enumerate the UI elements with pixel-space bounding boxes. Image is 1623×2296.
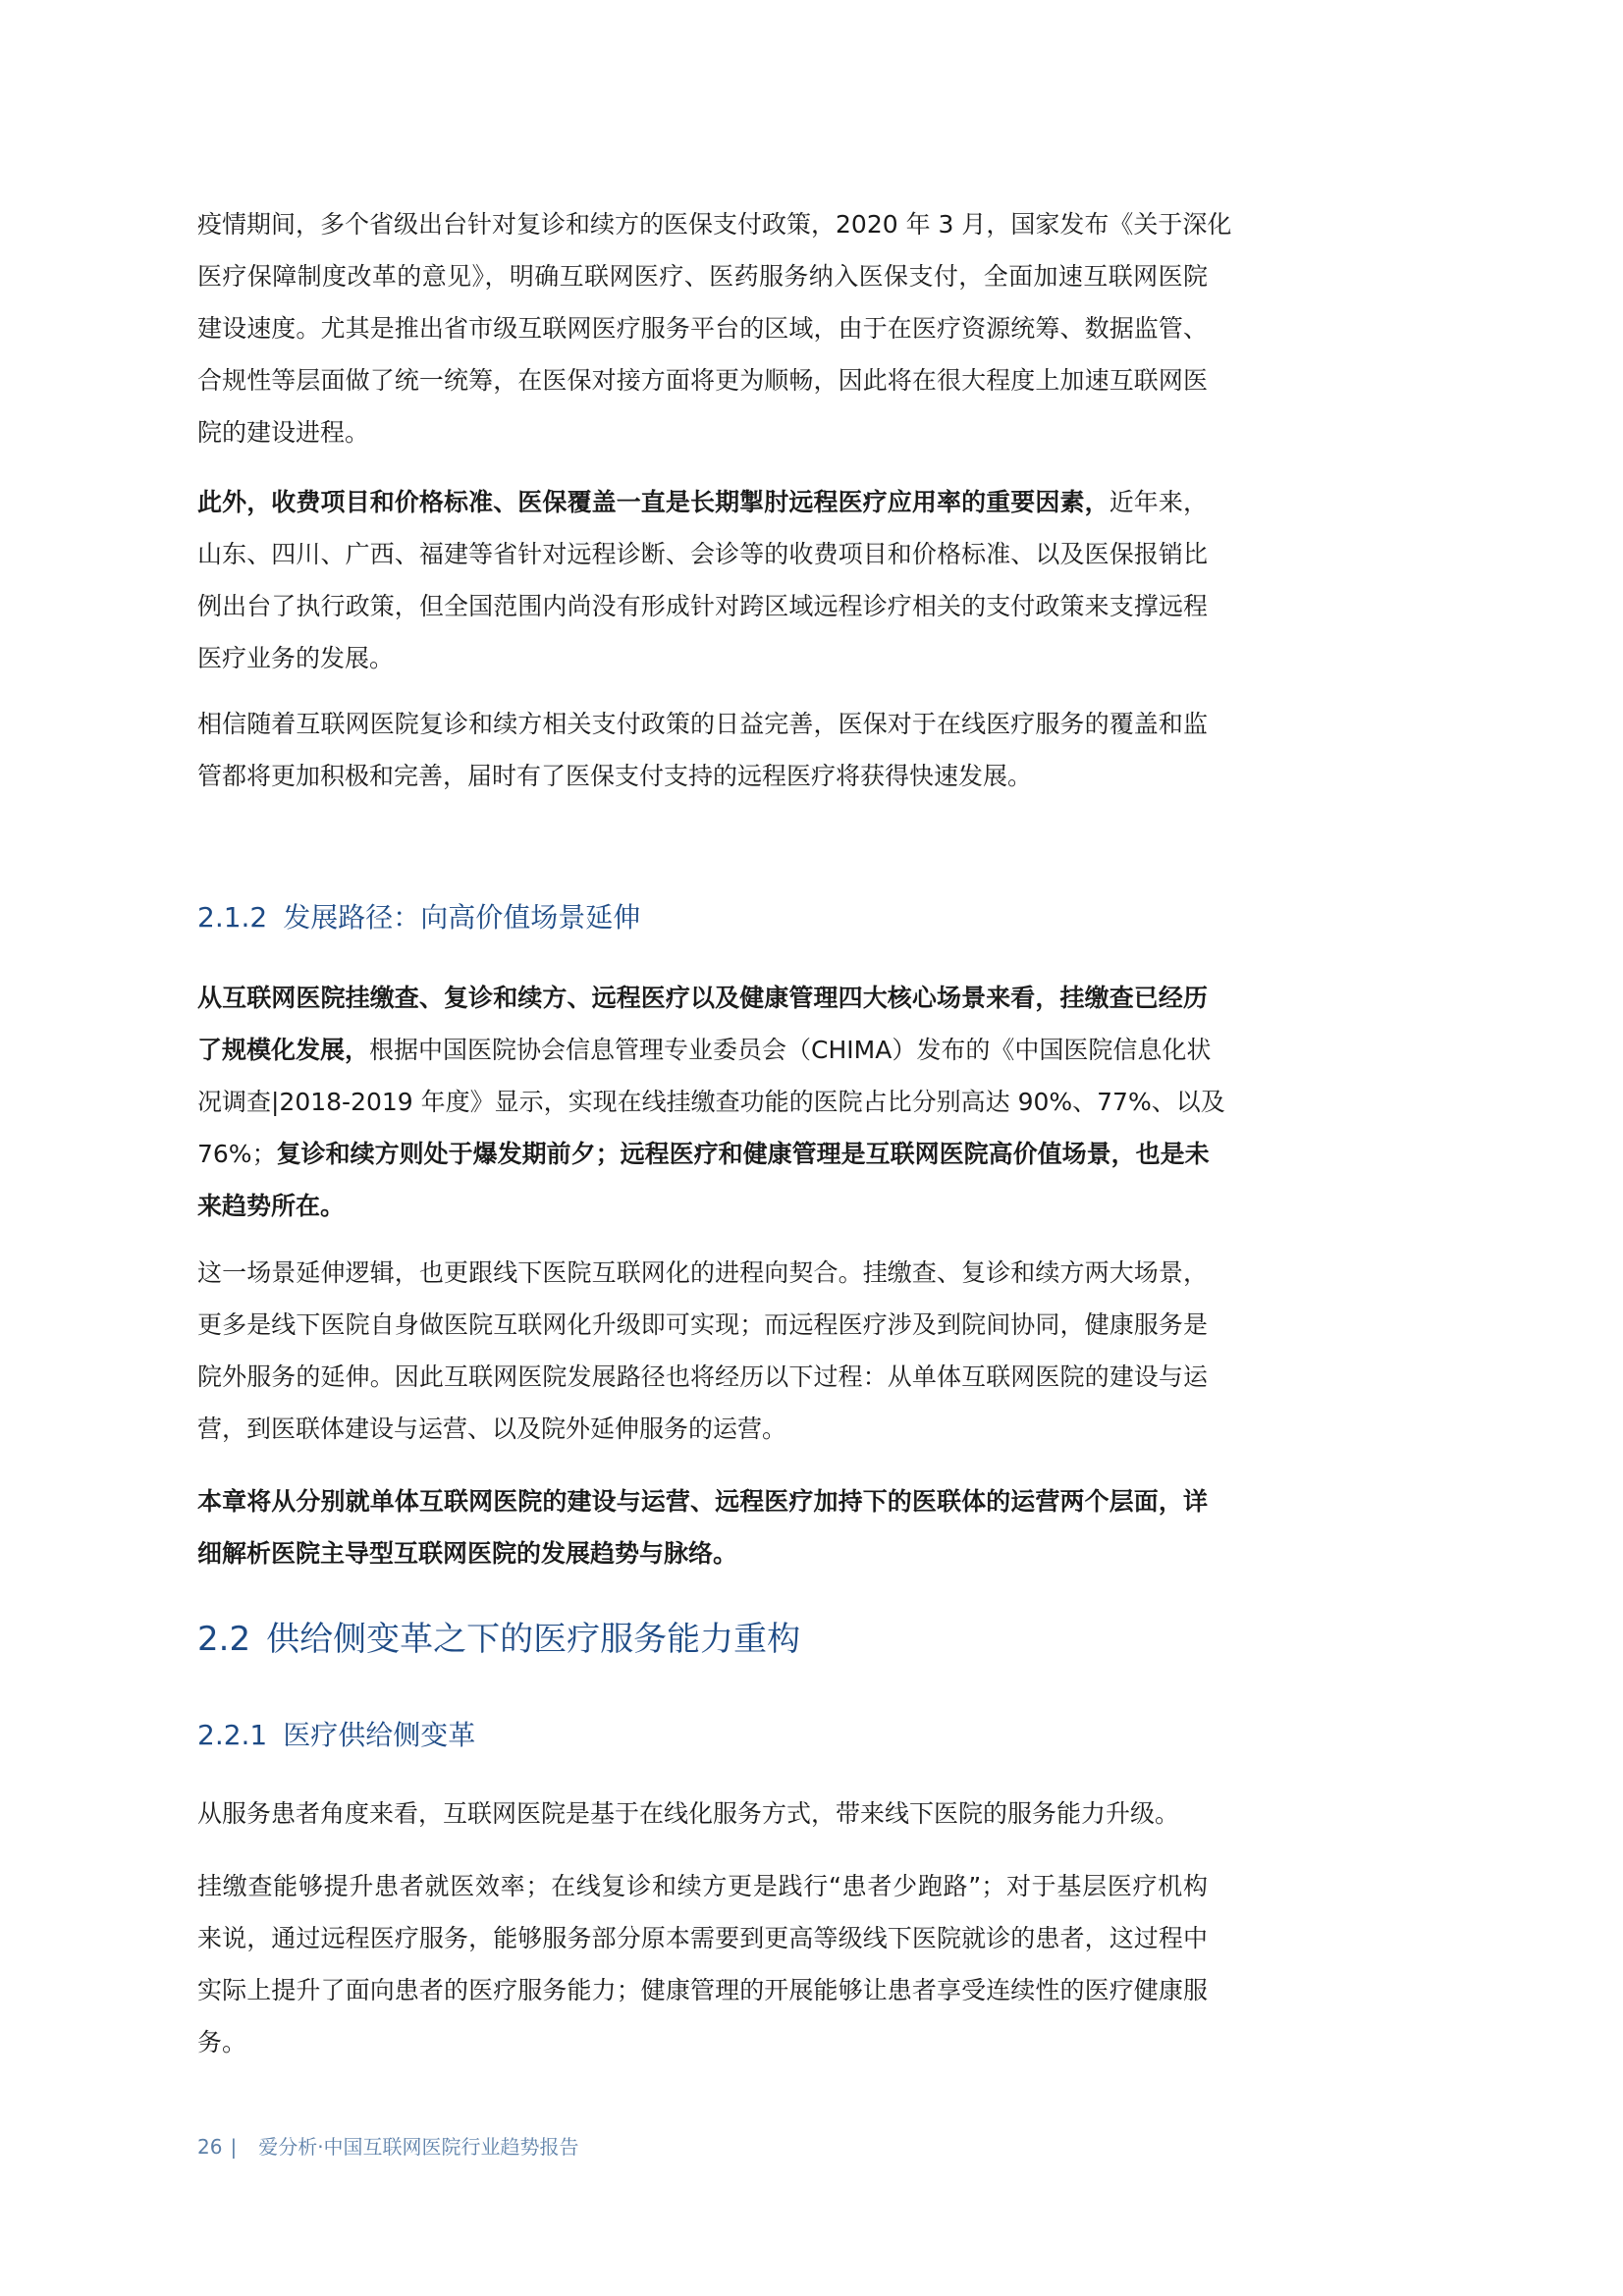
text-line: 挂缴查能够提升患者就医效率；在线复诊和续方更是践行“患者少跑路”；对于基层医疗机… xyxy=(197,1867,1208,1906)
report-title: 爱分析·中国互联网医院行业趋势报告 xyxy=(258,2135,578,2159)
section-number: 2.1.2 xyxy=(197,901,267,934)
page-footer: 26|爱分析·中国互联网医院行业趋势报告 xyxy=(197,2134,579,2160)
document-page: 疫情期间，多个省级出台针对复诊和续方的医保支付政策，2020 年 3 月，国家发… xyxy=(0,0,1623,2296)
text-line: 了规模化发展，根据中国医院协会信息管理专业委员会（CHIMA）发布的《中国医院信… xyxy=(197,1031,1208,1070)
text-line: 本章将从分别就单体互联网医院的建设与运营、远程医疗加持下的医联体的运营两个层面，… xyxy=(197,1482,1208,1522)
text-line: 合规性等层面做了统一统筹，在医保对接方面将更为顺畅，因此将在很大程度上加速互联网… xyxy=(197,361,1208,400)
emphasis-text: 了规模化发展， xyxy=(197,1036,369,1064)
text-line: 院外服务的延伸。因此互联网医院发展路径也将经历以下过程：从单体互联网医院的建设与… xyxy=(197,1358,1208,1397)
section-title: 发展路径：向高价值场景延伸 xyxy=(283,901,640,934)
text-line: 况调查|2018-2019 年度》显示，实现在线挂缴查功能的医院占比分别高达 9… xyxy=(197,1083,1208,1122)
text-line: 相信随着互联网医院复诊和续方相关支付政策的日益完善，医保对于在线医疗服务的覆盖和… xyxy=(197,705,1208,744)
text-line: 管都将更加积极和完善，届时有了医保支付支持的远程医疗将获得快速发展。 xyxy=(197,757,1208,796)
text-line: 务。 xyxy=(197,2023,1208,2062)
section-number: 2.2 xyxy=(197,1620,250,1659)
emphasis-text: 细解析医院主导型互联网医院的发展趋势与脉络。 xyxy=(197,1539,737,1568)
text-line: 来说，通过远程医疗服务，能够服务部分原本需要到更高等级线下医院就诊的患者，这过程… xyxy=(197,1919,1208,1958)
text-line: 细解析医院主导型互联网医院的发展趋势与脉络。 xyxy=(197,1534,1208,1574)
emphasis-text: 本章将从分别就单体互联网医院的建设与运营、远程医疗加持下的医联体的运营两个层面，… xyxy=(197,1487,1208,1516)
text-line: 建设速度。尤其是推出省市级互联网医疗服务平台的区域，由于在医疗资源统筹、数据监管… xyxy=(197,309,1208,348)
text-line: 例出台了执行政策，但全国范围内尚没有形成针对跨区域远程诊疗相关的支付政策来支撑远… xyxy=(197,587,1208,626)
section-number: 2.2.1 xyxy=(197,1719,267,1751)
section-heading-2-2: 2.2供给侧变革之下的医疗服务能力重构 xyxy=(197,1618,800,1661)
text-line: 这一场景延伸逻辑，也更跟线下医院互联网化的进程向契合。挂缴查、复诊和续方两大场景… xyxy=(197,1254,1208,1293)
text-line: 医疗业务的发展。 xyxy=(197,639,1208,678)
text-line: 山东、四川、广西、福建等省针对远程诊断、会诊等的收费项目和价格标准、以及医保报销… xyxy=(197,535,1208,574)
emphasis-text: 复诊和续方则处于爆发期前夕；远程医疗和健康管理是互联网医院高价值场景，也是未 xyxy=(277,1140,1210,1168)
text-line: 实际上提升了面向患者的医疗服务能力；健康管理的开展能够让患者享受连续性的医疗健康… xyxy=(197,1971,1208,2010)
emphasis-text: 此外，收费项目和价格标准、医保覆盖一直是长期掣肘远程医疗应用率的重要因素， xyxy=(197,488,1109,516)
footer-separator: | xyxy=(230,2135,237,2159)
section-heading-2-1-2: 2.1.2发展路径：向高价值场景延伸 xyxy=(197,899,640,936)
section-heading-2-2-1: 2.2.1医疗供给侧变革 xyxy=(197,1717,475,1754)
emphasis-text: 来趋势所在。 xyxy=(197,1192,345,1220)
emphasis-text: 从互联网医院挂缴查、复诊和续方、远程医疗以及健康管理四大核心场景来看，挂缴查已经… xyxy=(197,984,1208,1012)
text-line: 从互联网医院挂缴查、复诊和续方、远程医疗以及健康管理四大核心场景来看，挂缴查已经… xyxy=(197,979,1208,1018)
text-line: 来趋势所在。 xyxy=(197,1187,1208,1226)
text-line: 医疗保障制度改革的意见》，明确互联网医疗、医药服务纳入医保支付，全面加速互联网医… xyxy=(197,257,1208,296)
text-line: 院的建设进程。 xyxy=(197,413,1208,453)
text-line: 更多是线下医院自身做医院互联网化升级即可实现；而远程医疗涉及到院间协同，健康服务… xyxy=(197,1306,1208,1345)
text-line: 此外，收费项目和价格标准、医保覆盖一直是长期掣肘远程医疗应用率的重要因素，近年来… xyxy=(197,483,1208,522)
section-title: 医疗供给侧变革 xyxy=(283,1719,475,1751)
text-line: 疫情期间，多个省级出台针对复诊和续方的医保支付政策，2020 年 3 月，国家发… xyxy=(197,205,1208,244)
section-title: 供给侧变革之下的医疗服务能力重构 xyxy=(266,1620,800,1659)
text-line: 营，到医联体建设与运营、以及院外延伸服务的运营。 xyxy=(197,1410,1208,1449)
page-number: 26 xyxy=(197,2135,222,2159)
text-line: 76%；复诊和续方则处于爆发期前夕；远程医疗和健康管理是互联网医院高价值场景，也… xyxy=(197,1135,1208,1174)
text-line: 从服务患者角度来看，互联网医院是基于在线化服务方式，带来线下医院的服务能力升级。 xyxy=(197,1794,1208,1834)
